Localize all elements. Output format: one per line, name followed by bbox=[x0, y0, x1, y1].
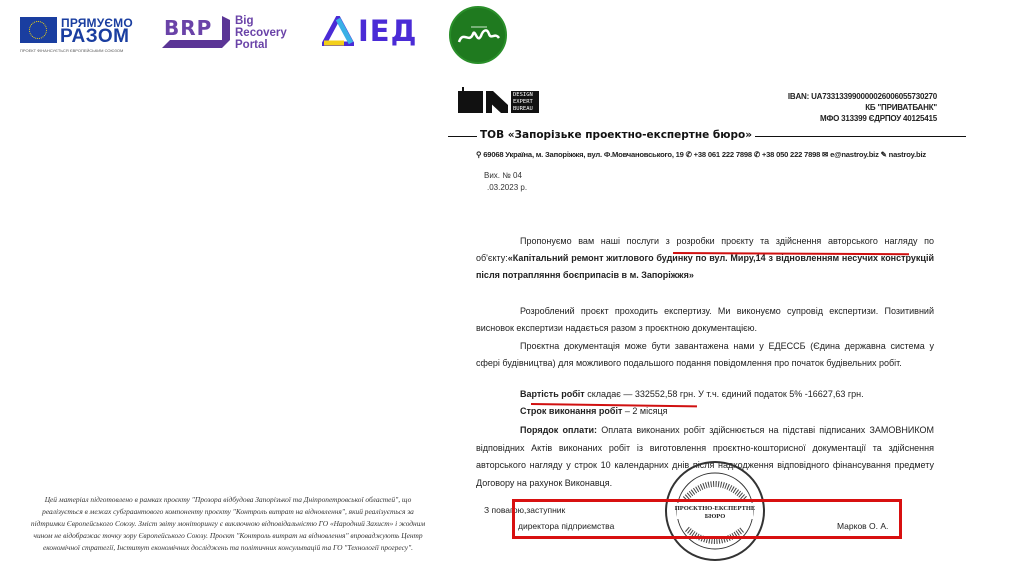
ied-logo: ІЕД bbox=[322, 16, 422, 48]
expertise-paragraph: Розроблений проєкт проходить експертизу.… bbox=[476, 303, 934, 337]
company-contacts: ⚲ 69068 Україна, м. Запоріжжя, вул. Ф.Мо… bbox=[476, 150, 926, 159]
outgoing-reference: Вих. № 04 .03.2023 р. bbox=[484, 170, 527, 194]
eu-logo-title-line2: РАЗОМ bbox=[60, 26, 129, 48]
signer-role: директора підприємства bbox=[518, 521, 614, 531]
brp-letters: BRP bbox=[164, 16, 212, 40]
letterhead-tag: DESIGN EXPERT BUREAU bbox=[511, 91, 539, 113]
outgoing-number: Вих. № 04 bbox=[484, 170, 527, 182]
term-value: – 2 місяця bbox=[622, 406, 667, 416]
letterhead-block-icon bbox=[458, 91, 483, 113]
payment-label: Порядок оплати: bbox=[520, 425, 597, 435]
bank-details: IBAN: UA733133990000026006055730270 КБ "… bbox=[788, 91, 937, 124]
cost-value: складає — 332552,58 грн. У т.ч. єдиний п… bbox=[585, 389, 864, 399]
company-header: ТОВ «Запорізьке проектно-експертне бюро» bbox=[448, 130, 966, 142]
mfo-edrpou: МФО 313399 ЄДРПОУ 40125415 bbox=[788, 113, 937, 124]
cost-label: Вартість робіт bbox=[520, 389, 585, 399]
brp-wordmark: Big Recovery Portal bbox=[235, 15, 287, 51]
eu-disclaimer: Цей матеріал підготовлено в рамках проєк… bbox=[28, 494, 428, 554]
triangle-icon bbox=[322, 16, 354, 46]
letterhead-n-icon bbox=[486, 91, 508, 113]
documentation-paragraph: Проєктна документація може бути завантаж… bbox=[476, 338, 934, 372]
bank-name: КБ "ПРИВАТБАНК" bbox=[788, 102, 937, 113]
ied-wordmark: ІЕД bbox=[358, 14, 417, 48]
divider bbox=[448, 136, 478, 137]
offer-paragraph: Пропонуємо вам наші послуги з розробки п… bbox=[476, 233, 934, 284]
green-organization-logo bbox=[449, 6, 507, 64]
calligraphy-mark-icon bbox=[457, 24, 501, 48]
outgoing-date: .03.2023 р. bbox=[484, 182, 527, 194]
term-line: Строк виконання робіт – 2 місяця bbox=[520, 406, 668, 416]
signer-name: Марков О. А. bbox=[837, 521, 888, 531]
big-recovery-portal-logo: BRP Big Recovery Portal bbox=[160, 16, 300, 54]
eu-flag-icon bbox=[20, 17, 57, 43]
eu-logo-subtitle: ПРОЕКТ ФІНАНСУЄТЬСЯ ЄВРОПЕЙСЬКИМ СОЮЗОМ bbox=[20, 48, 123, 53]
signature-highlight-box bbox=[512, 499, 902, 539]
project-title: «Капітальний ремонт житлового будинку по… bbox=[476, 253, 934, 280]
term-label: Строк виконання робіт bbox=[520, 406, 622, 416]
iban: IBAN: UA733133990000026006055730270 bbox=[788, 91, 937, 102]
company-name: ТОВ «Запорізьке проектно-експертне бюро» bbox=[477, 129, 755, 141]
eu-pryamuemo-razom-logo: ПРЯМУЄМО РАЗОМ ПРОЕКТ ФІНАНСУЄТЬСЯ ЄВРОП… bbox=[20, 17, 130, 57]
cost-line: Вартість робіт складає — 332552,58 грн. … bbox=[520, 389, 864, 399]
